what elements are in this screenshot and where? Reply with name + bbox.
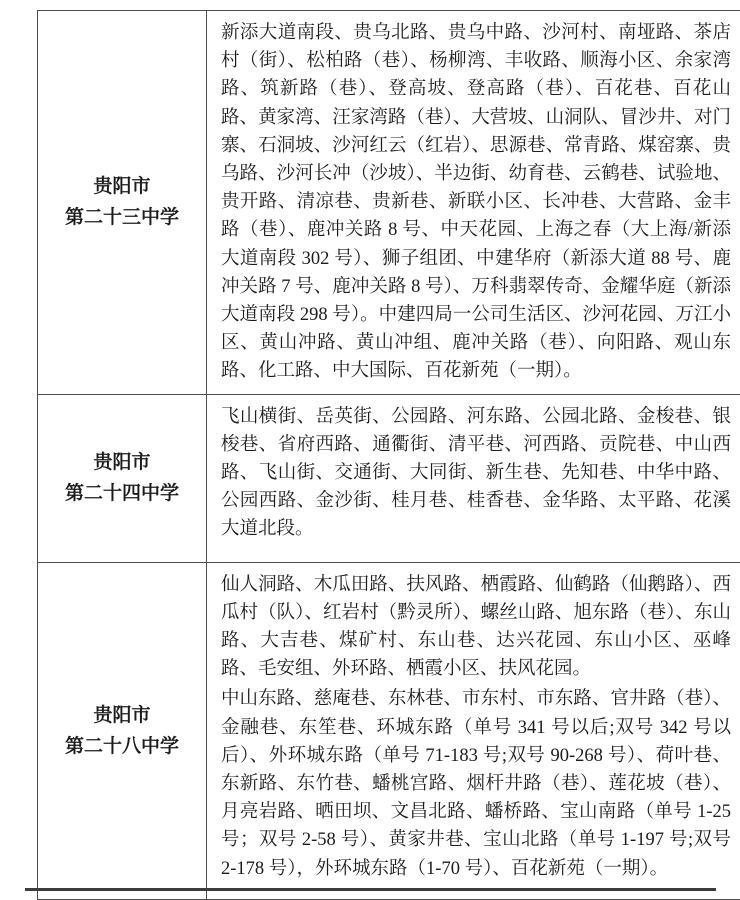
district-areas-cell: 仙人洞路、木瓜田路、扶风路、栖霞路、仙鹤路（仙鹅路）、西瓜村（队）、红岩村（黔灵… — [207, 562, 740, 899]
school-name-line1: 贵阳市 — [93, 705, 150, 726]
document-page: 贵阳市 第二十三中学 新添大道南段、贵乌北路、贵乌中路、沙河村、南垭路、茶店村（… — [0, 0, 740, 900]
school-name-line2: 第二十八中学 — [65, 736, 179, 757]
school-name-cell: 贵阳市 第二十三中学 — [38, 11, 207, 395]
area-paragraph: 仙人洞路、木瓜田路、扶风路、栖霞路、仙鹤路（仙鹅路）、西瓜村（队）、红岩村（黔灵… — [221, 571, 731, 684]
district-areas-cell: 新添大道南段、贵乌北路、贵乌中路、沙河村、南垭路、茶店村（街）、松柏路（巷）、杨… — [207, 11, 740, 395]
school-name-cell: 贵阳市 第二十八中学 — [38, 562, 207, 899]
school-name-line1: 贵阳市 — [93, 176, 150, 197]
table-bottom-rule — [25, 888, 716, 891]
table-row-school-24: 贵阳市 第二十四中学 飞山横街、岳英街、公园路、河东路、公园北路、金梭巷、银梭巷… — [38, 394, 740, 562]
area-paragraph: 新添大道南段、贵乌北路、贵乌中路、沙河村、南垭路、茶店村（街）、松柏路（巷）、杨… — [221, 19, 731, 386]
school-name-line2: 第二十三中学 — [65, 207, 179, 228]
area-paragraph: 中山东路、慈庵巷、东林巷、市东村、市东路、官井路（巷）、金融巷、东笙巷、环城东路… — [221, 685, 731, 882]
school-name-cell: 贵阳市 第二十四中学 — [38, 394, 207, 562]
table-row-school-28: 贵阳市 第二十八中学 仙人洞路、木瓜田路、扶风路、栖霞路、仙鹤路（仙鹅路）、西瓜… — [38, 562, 740, 899]
school-name-line1: 贵阳市 — [93, 452, 150, 473]
school-name-line2: 第二十四中学 — [65, 483, 179, 504]
district-areas-cell: 飞山横街、岳英街、公园路、河东路、公园北路、金梭巷、银梭巷、省府西路、通衢街、清… — [207, 394, 740, 562]
table-row-school-23: 贵阳市 第二十三中学 新添大道南段、贵乌北路、贵乌中路、沙河村、南垭路、茶店村（… — [38, 11, 740, 395]
area-paragraph: 飞山横街、岳英街、公园路、河东路、公园北路、金梭巷、银梭巷、省府西路、通衢街、清… — [221, 403, 731, 544]
school-district-table: 贵阳市 第二十三中学 新添大道南段、贵乌北路、贵乌中路、沙河村、南垭路、茶店村（… — [37, 10, 740, 900]
